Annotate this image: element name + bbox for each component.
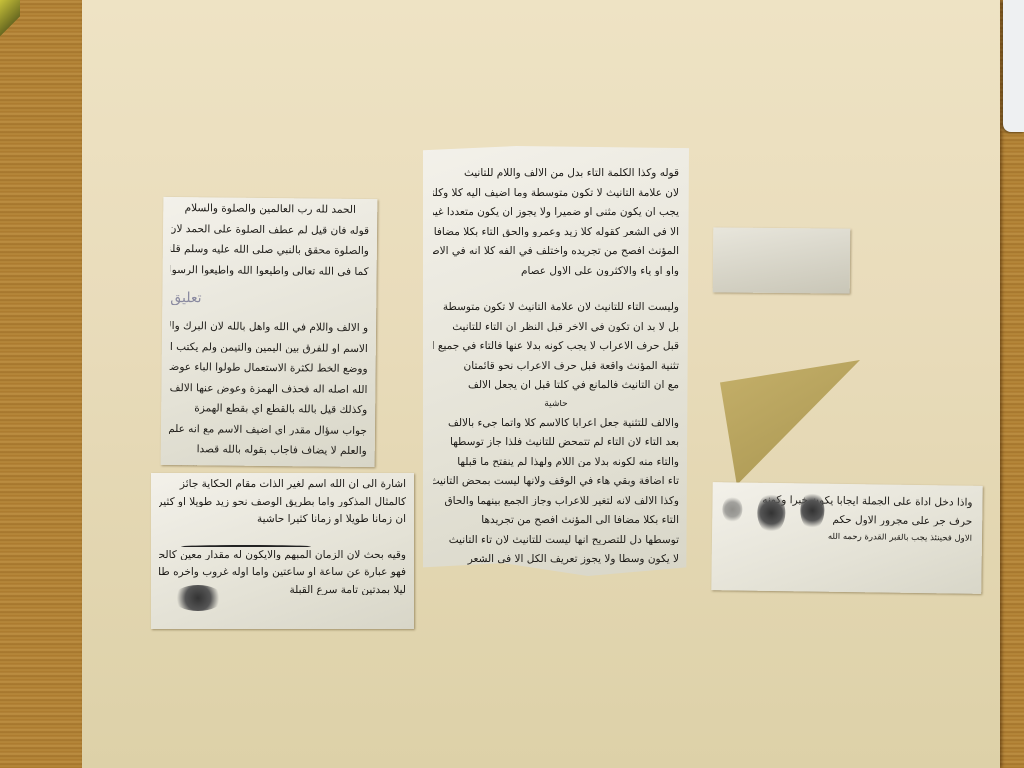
text-line: وقيه بحث لان الزمان المبهم والايكون له م… xyxy=(159,550,406,561)
text-line: وكذا الالف لانه لتغير للاعراب وجاز الجمع… xyxy=(433,496,679,507)
text-line: الاسم او للفرق بين اليمين والتيمن ولم يك… xyxy=(170,341,368,354)
margin-note: حاشية xyxy=(433,400,679,409)
text-line: تاء اضافة وبقي هاء في الوقف ولانها ليست … xyxy=(433,476,679,487)
text-line: الله اصله اله فحذف الهمزة وعوض عنها الال… xyxy=(169,382,367,395)
text-line: الاول فحينئذ يجب بالقبر القدرة رحمه الله xyxy=(722,531,972,543)
text-line: كما في الله تعالى واطيعوا الله واطيعوا ا… xyxy=(171,264,369,277)
text-line: والتاء منه لكونه بدلا من اللام ولهذا لم … xyxy=(433,457,679,468)
text-line: قوله وكذا الكلمة التاء بدل من الالف والل… xyxy=(433,168,679,179)
text-line: بل لا بد ان تكون في الآخر قبل النظر ان ا… xyxy=(433,322,679,333)
text-line: قوله فان قيل لم عطف الصلوة على الحمد لان… xyxy=(171,223,369,236)
text-line: لا يكون وسطا ولا يجوز تعريف الكل الا في … xyxy=(433,554,679,565)
text-line: كالمثال المذكور واما بطريق الوصف نحو زيد… xyxy=(159,497,406,508)
text-line: وليست التاء للتانيث لان علامة التانيث لا… xyxy=(433,302,679,313)
text-line: الا في الشعر كقوله كلا زيد وعمرو والحق ا… xyxy=(433,227,679,238)
corner-paper-sheet xyxy=(1003,0,1024,132)
text-line: مع ان التانيث فالمانع في كلتا قبل ان يجع… xyxy=(433,380,679,391)
text-line: لان علامة التانيث لا تكون متوسطة وما اضي… xyxy=(433,188,679,199)
text-line: تثنية المؤنث واقعة قبل حرف الاعراب نحو ق… xyxy=(433,361,679,372)
yellow-tool-corner xyxy=(0,0,20,40)
flourish-line xyxy=(181,545,311,548)
text-line: والالف للتثنية جعل اعرابا كالاسم كلا وات… xyxy=(433,418,679,429)
text-line: اشارة الى ان الله اسم لغير الذات مقام ال… xyxy=(159,479,406,490)
margin-note: تعليق xyxy=(170,291,368,307)
text-line: والعلم لا يضاف فاجاب بقوله بالله قصدا xyxy=(169,444,367,457)
text-line: ووضع الخط لكثرة الاستعمال طولوا الباء عو… xyxy=(170,362,368,375)
text-line: التاء بكلا مضافا الى المؤنث افصح من تجري… xyxy=(433,515,679,526)
text-line: بعد التاء لان التاء لم تتمحض للتانيث فلذ… xyxy=(433,437,679,448)
fragment-blank-top-right xyxy=(713,227,851,293)
text-line: جواب سؤال مقدر اي اضيف الاسم مع انه علم xyxy=(169,423,367,436)
text-line xyxy=(433,285,679,293)
text-line: المؤنث افصح من تجريده واختلف في الفه كلا… xyxy=(433,246,679,257)
text-line: فهو عبارة عن ساعة او ساعتين واما اوله غر… xyxy=(159,567,406,578)
fragment-center: قوله وكذا الكلمة التاء بدل من الالف والل… xyxy=(423,146,689,576)
fragment-bottom-left: اشارة الى ان الله اسم لغير الذات مقام ال… xyxy=(151,473,414,629)
text-line: توسطها دل للتصريح انها ليست للتانيث لان … xyxy=(433,535,679,546)
text-line: يجب ان يكون مثنى او ضميرا ولا يجوز ان يك… xyxy=(433,207,679,218)
text-line: والصلوة محقق بالنبي صلى الله عليه وسلم ق… xyxy=(171,244,369,257)
fragment-bottom-right: واذا دخل اداة على الجملة ايجابا يكون خبر… xyxy=(711,482,982,594)
text-line: ان زمانا طويلا او زمانا كثيرا حاشية xyxy=(159,514,406,525)
text-line: قبل حرف الاعراب لا يجب كونه بدلا عنها فا… xyxy=(433,341,679,352)
text-line: وكذلك قيل بالله بالقطع اي بقطع الهمزة xyxy=(169,403,367,416)
text-line: و الالف واللام في الله واهل بالله لان ال… xyxy=(170,321,368,334)
text-line: الحمد لله رب العالمين والصلوة والسلام xyxy=(171,203,369,216)
ink-stain xyxy=(173,585,223,611)
text-line: واو او ياء والاكثرون على الاول عصام xyxy=(433,266,679,277)
fragment-top-left: الحمد لله رب العالمين والصلوة والسلام قو… xyxy=(161,197,378,467)
